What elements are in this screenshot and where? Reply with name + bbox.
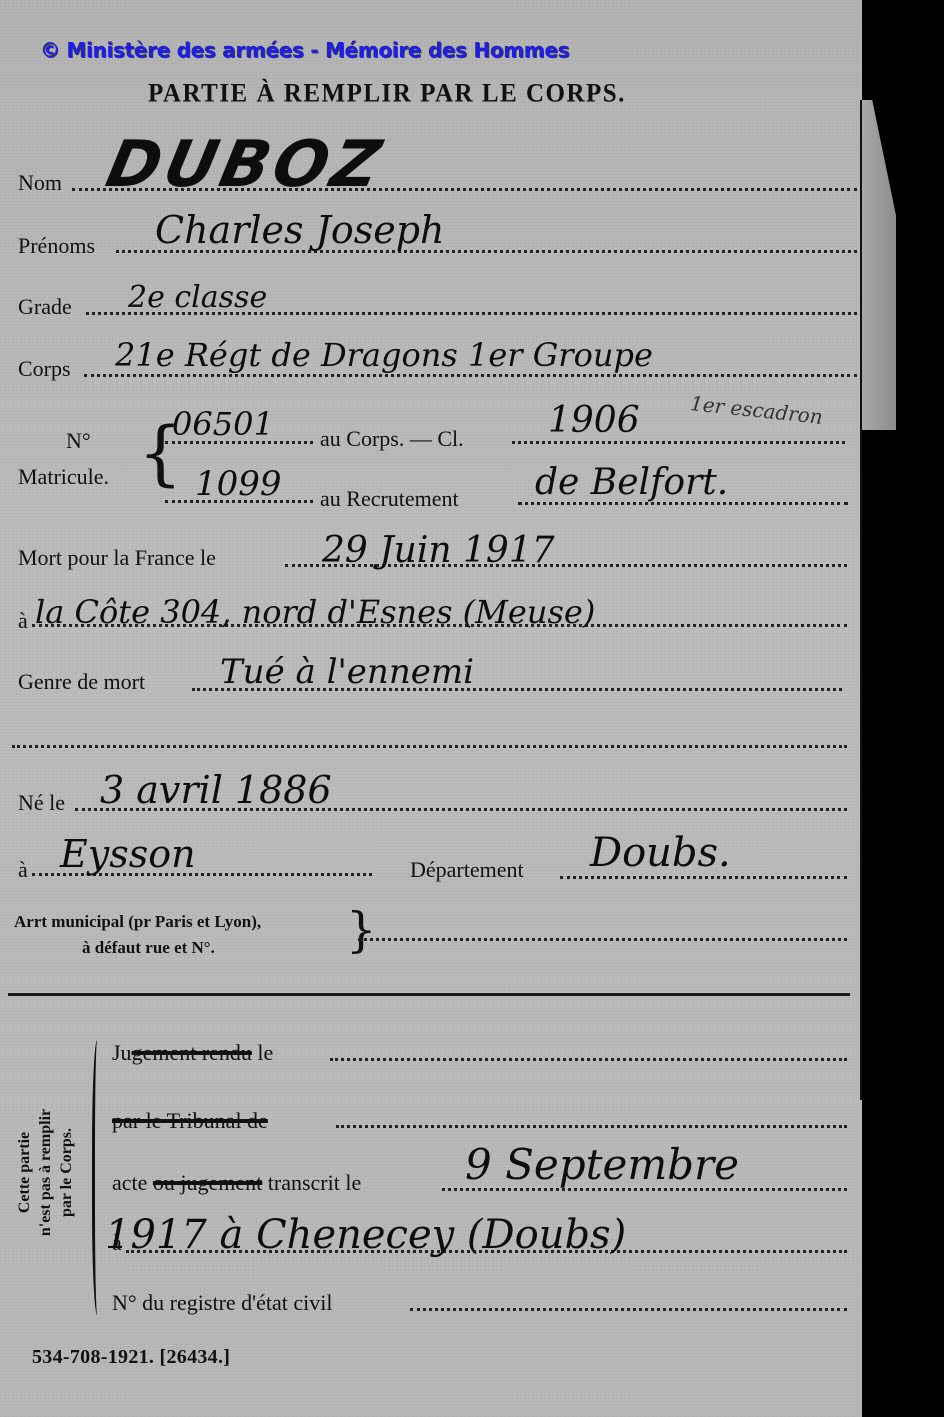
label-ne-le: Né le [18, 790, 65, 816]
value-classe: 1906 [548, 400, 640, 441]
form-title: PARTIE À REMPLIR PAR LE CORPS. [148, 79, 626, 108]
value-mort-a: la Côte 304, nord d'Esnes (Meuse) [35, 593, 595, 631]
label-acte-struck: ou jugement [153, 1170, 262, 1195]
folded-flap [862, 100, 896, 430]
label-nom: Nom [18, 170, 62, 196]
bottom-brace [92, 1040, 105, 1315]
value-prenoms: Charles Joseph [155, 208, 445, 252]
label-jugement-kept: Ju [112, 1040, 132, 1065]
value-acte-a: 1917 à Chenecey (Doubs) [105, 1212, 626, 1258]
label-au-corps: au Corps. — Cl. [320, 426, 464, 452]
label-corps: Corps [18, 356, 71, 382]
line-corps [84, 374, 857, 377]
value-genre-mort: Tué à l'ennemi [220, 652, 474, 692]
side-note-line-3: par le Corps. [56, 1075, 77, 1270]
label-jugement: Jugement rendu le [112, 1040, 273, 1066]
value-mort-le: 29 Juin 1917 [322, 530, 555, 571]
value-ne-le: 3 avril 1886 [100, 768, 332, 812]
label-jugement-end: le [257, 1040, 273, 1065]
side-note: Cette partie n'est pas à remplir par le … [14, 1075, 77, 1270]
label-jugement-struck: gement rendu [132, 1040, 252, 1065]
label-acte-post: transcrit le [268, 1170, 361, 1195]
line-arrondissement [358, 938, 847, 941]
label-genre-mort: Genre de mort [18, 669, 145, 695]
label-no: N° [66, 428, 91, 454]
line-jugement [330, 1058, 847, 1061]
label-tribunal: par le Tribunal de [112, 1108, 268, 1134]
label-mort-le: Mort pour la France le [18, 545, 216, 571]
label-acte-pre: acte [112, 1170, 147, 1195]
value-corps: 21e Régt de Dragons 1er Groupe [115, 336, 653, 374]
label-grade: Grade [18, 294, 72, 320]
line-genre-mort-extra [12, 745, 847, 748]
line-tribunal [336, 1125, 847, 1128]
value-ne-a: Eysson [60, 832, 196, 876]
label-registre: N° du registre d'état civil [112, 1290, 332, 1316]
section-divider [8, 993, 850, 996]
label-acte: acte ou jugement transcrit le [112, 1170, 361, 1196]
label-arrondissement-1: Arrt municipal (pr Paris et Lyon), [14, 912, 261, 932]
value-nom: DUBOZ [100, 128, 390, 202]
label-departement: Département [410, 857, 524, 883]
value-recrutement-number: 1099 [195, 464, 282, 504]
line-registre [410, 1308, 847, 1311]
arrondissement-brace: } [346, 906, 377, 954]
side-note-line-1: Cette partie [14, 1075, 35, 1270]
label-au-recrutement: au Recrutement [320, 486, 459, 512]
line-classe [512, 441, 845, 444]
label-ne-a: à [18, 857, 28, 883]
form-reference: 534-708-1921. [26434.] [32, 1346, 230, 1369]
label-tribunal-struck: par le Tribunal de [112, 1108, 268, 1133]
value-acte: 9 Septembre [465, 1140, 739, 1189]
label-mort-a: à [18, 608, 28, 634]
value-departement: Doubs. [590, 830, 731, 876]
value-grade: 2e classe [128, 280, 267, 315]
label-prenoms: Prénoms [18, 233, 95, 259]
side-note-line-2: n'est pas à remplir [35, 1075, 56, 1270]
value-corps-number: 06501 [172, 405, 274, 443]
page-edge-line [860, 100, 862, 1100]
value-recrutement: de Belfort. [535, 462, 728, 503]
line-departement [560, 876, 847, 879]
label-matricule: Matricule. [18, 464, 109, 490]
label-arrondissement-2: à défaut rue et N°. [82, 938, 215, 958]
copyright-watermark: © Ministère des armées - Mémoire des Hom… [40, 38, 569, 62]
